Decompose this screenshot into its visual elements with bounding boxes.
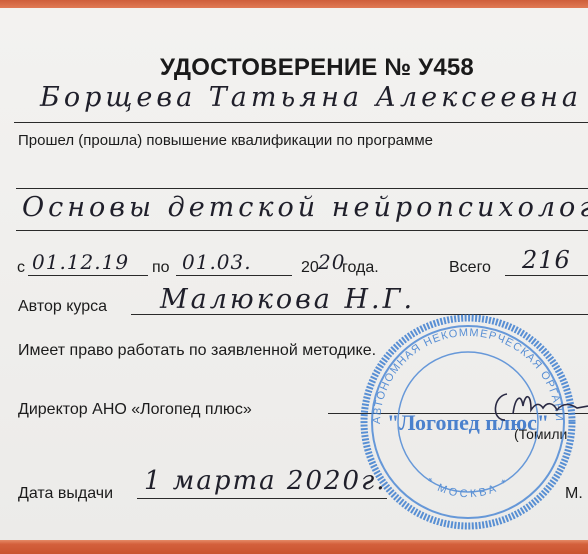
orange-border-top bbox=[0, 0, 588, 8]
author-name: Малюкова Н.Г. bbox=[160, 284, 415, 315]
svg-text:* МОСКВА *: * МОСКВА * bbox=[424, 476, 513, 501]
year-label: года. bbox=[342, 259, 379, 277]
director-signature bbox=[487, 384, 588, 434]
program-line-2 bbox=[16, 230, 588, 231]
issue-date-label: Дата выдачи bbox=[18, 485, 113, 503]
total-hours: 216 bbox=[522, 246, 571, 274]
issue-date: 1 марта 2020г. bbox=[144, 466, 387, 496]
period-to-date: 01.03. bbox=[182, 250, 252, 274]
from-date-line bbox=[28, 275, 148, 276]
author-label: Автор курса bbox=[18, 298, 107, 316]
period-to-prefix: по bbox=[152, 259, 170, 277]
issue-date-line bbox=[137, 498, 387, 499]
stamp-city: * МОСКВА * bbox=[424, 476, 513, 501]
director-label: Директор АНО «Логопед плюс» bbox=[18, 401, 252, 419]
period-from-prefix: с bbox=[17, 259, 25, 277]
rights-text: Имеет право работать по заявленной метод… bbox=[18, 342, 376, 360]
completed-label: Прошел (прошла) повышение квалификации п… bbox=[18, 132, 433, 149]
total-hours-line bbox=[505, 275, 588, 276]
holder-name: Борщева Татьяна Алексеевна bbox=[40, 82, 582, 113]
certificate-paper: УДОСТОВЕРЕНИЕ № У458 Борщева Татьяна Але… bbox=[0, 8, 588, 540]
to-date-line bbox=[176, 275, 292, 276]
program-line-1 bbox=[16, 188, 588, 189]
holder-name-line bbox=[14, 122, 588, 123]
certificate-title: УДОСТОВЕРЕНИЕ № У458 bbox=[0, 54, 588, 82]
orange-border-bottom bbox=[0, 540, 588, 554]
program-name: Основы детской нейропсихологии bbox=[22, 192, 588, 223]
period-from-date: 01.12.19 bbox=[32, 250, 129, 274]
year-prefix: 20 bbox=[301, 259, 319, 277]
total-label: Всего bbox=[449, 259, 491, 277]
